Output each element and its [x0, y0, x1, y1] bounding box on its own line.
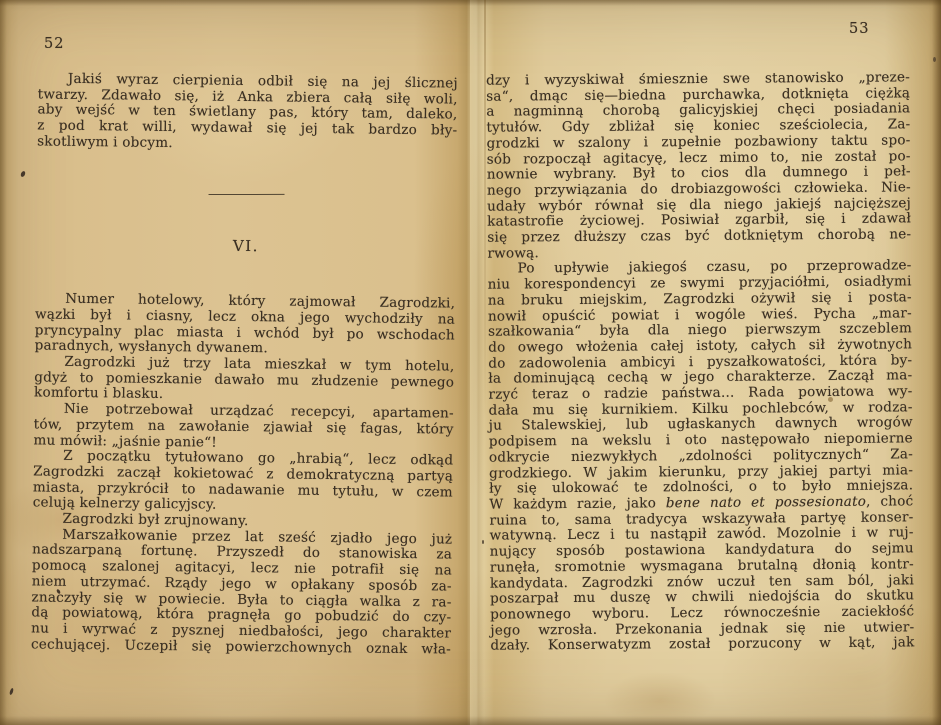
ink-speck: [482, 540, 484, 544]
text-line: się przez dłuższy czas być dotkniętym ch…: [487, 227, 911, 246]
ink-speck: [933, 57, 936, 62]
page-number-left: 52: [44, 36, 64, 52]
paragraph: Marszałkowanie przez lat sześć zjadło je…: [31, 527, 453, 658]
gutter-crease: [470, 0, 484, 725]
paragraph: Z początku tytułowano go „hrabią“, lecz …: [33, 449, 454, 517]
chapter-heading: VI.: [36, 236, 456, 257]
ink-speck: [20, 170, 26, 177]
text-line: cechującej. Uczepił się powierzchownych …: [31, 637, 451, 658]
paragraph: Numer hotelowy, który zajmował Zagrodzki…: [35, 292, 456, 360]
paragraph: Jakiś wyraz cierpienia odbił się na jej …: [37, 71, 458, 155]
paragraph: dzy i wyzyskiwał śmiesznie swe stanowisk…: [486, 70, 911, 262]
page-number-right: 53: [849, 21, 869, 37]
page-fold-line: [484, 0, 486, 420]
paragraph: Po upływie jakiegoś czasu, po przeprowad…: [487, 259, 914, 655]
left-page-text: Jakiś wyraz cierpienia odbił się na jej …: [31, 71, 458, 657]
right-page-text: dzy i wyzyskiwał śmiesznie swe stanowisk…: [486, 70, 915, 654]
paragraph: Nie potrzebował urządzać recepcyi, apart…: [33, 402, 454, 454]
book-spread: 52 53 Jakiś wyraz cierpienia odbił się n…: [0, 0, 941, 725]
text-line: dzały. Konserwatyzm został porzucony w k…: [490, 636, 914, 655]
ink-speck: [9, 688, 14, 696]
paragraph: Zagrodzki już trzy lata mieszkał w tym h…: [34, 354, 455, 406]
section-divider: [209, 193, 285, 194]
